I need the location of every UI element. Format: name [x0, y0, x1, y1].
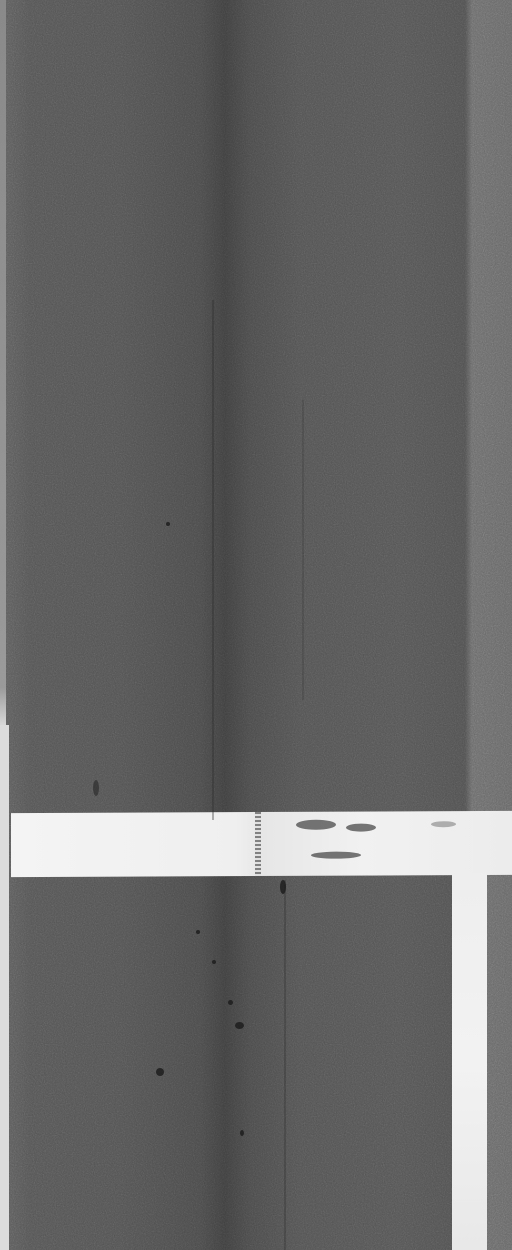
oil-spot: [196, 930, 200, 934]
oil-spot: [235, 1022, 244, 1029]
pavement-scene: [0, 0, 512, 1250]
stain: [296, 820, 336, 830]
stain: [311, 852, 361, 859]
lane-line-marking: [452, 873, 487, 1250]
oil-spot: [280, 880, 286, 894]
stop-bar-seam: [255, 812, 261, 876]
stain: [346, 824, 376, 832]
oil-spot: [228, 1000, 233, 1005]
oil-spot: [212, 960, 216, 964]
stain: [431, 821, 456, 827]
stop-bar-marking: [11, 811, 512, 877]
crack-streak: [212, 300, 214, 820]
oil-spot: [93, 780, 99, 796]
oil-spot: [240, 1130, 244, 1136]
oil-spot: [156, 1068, 164, 1076]
crack-streak: [302, 400, 304, 700]
oil-spot: [166, 522, 170, 526]
left-edge-marking: [0, 725, 9, 1250]
asphalt-texture: [0, 0, 512, 1250]
crack-streak: [284, 880, 286, 1250]
